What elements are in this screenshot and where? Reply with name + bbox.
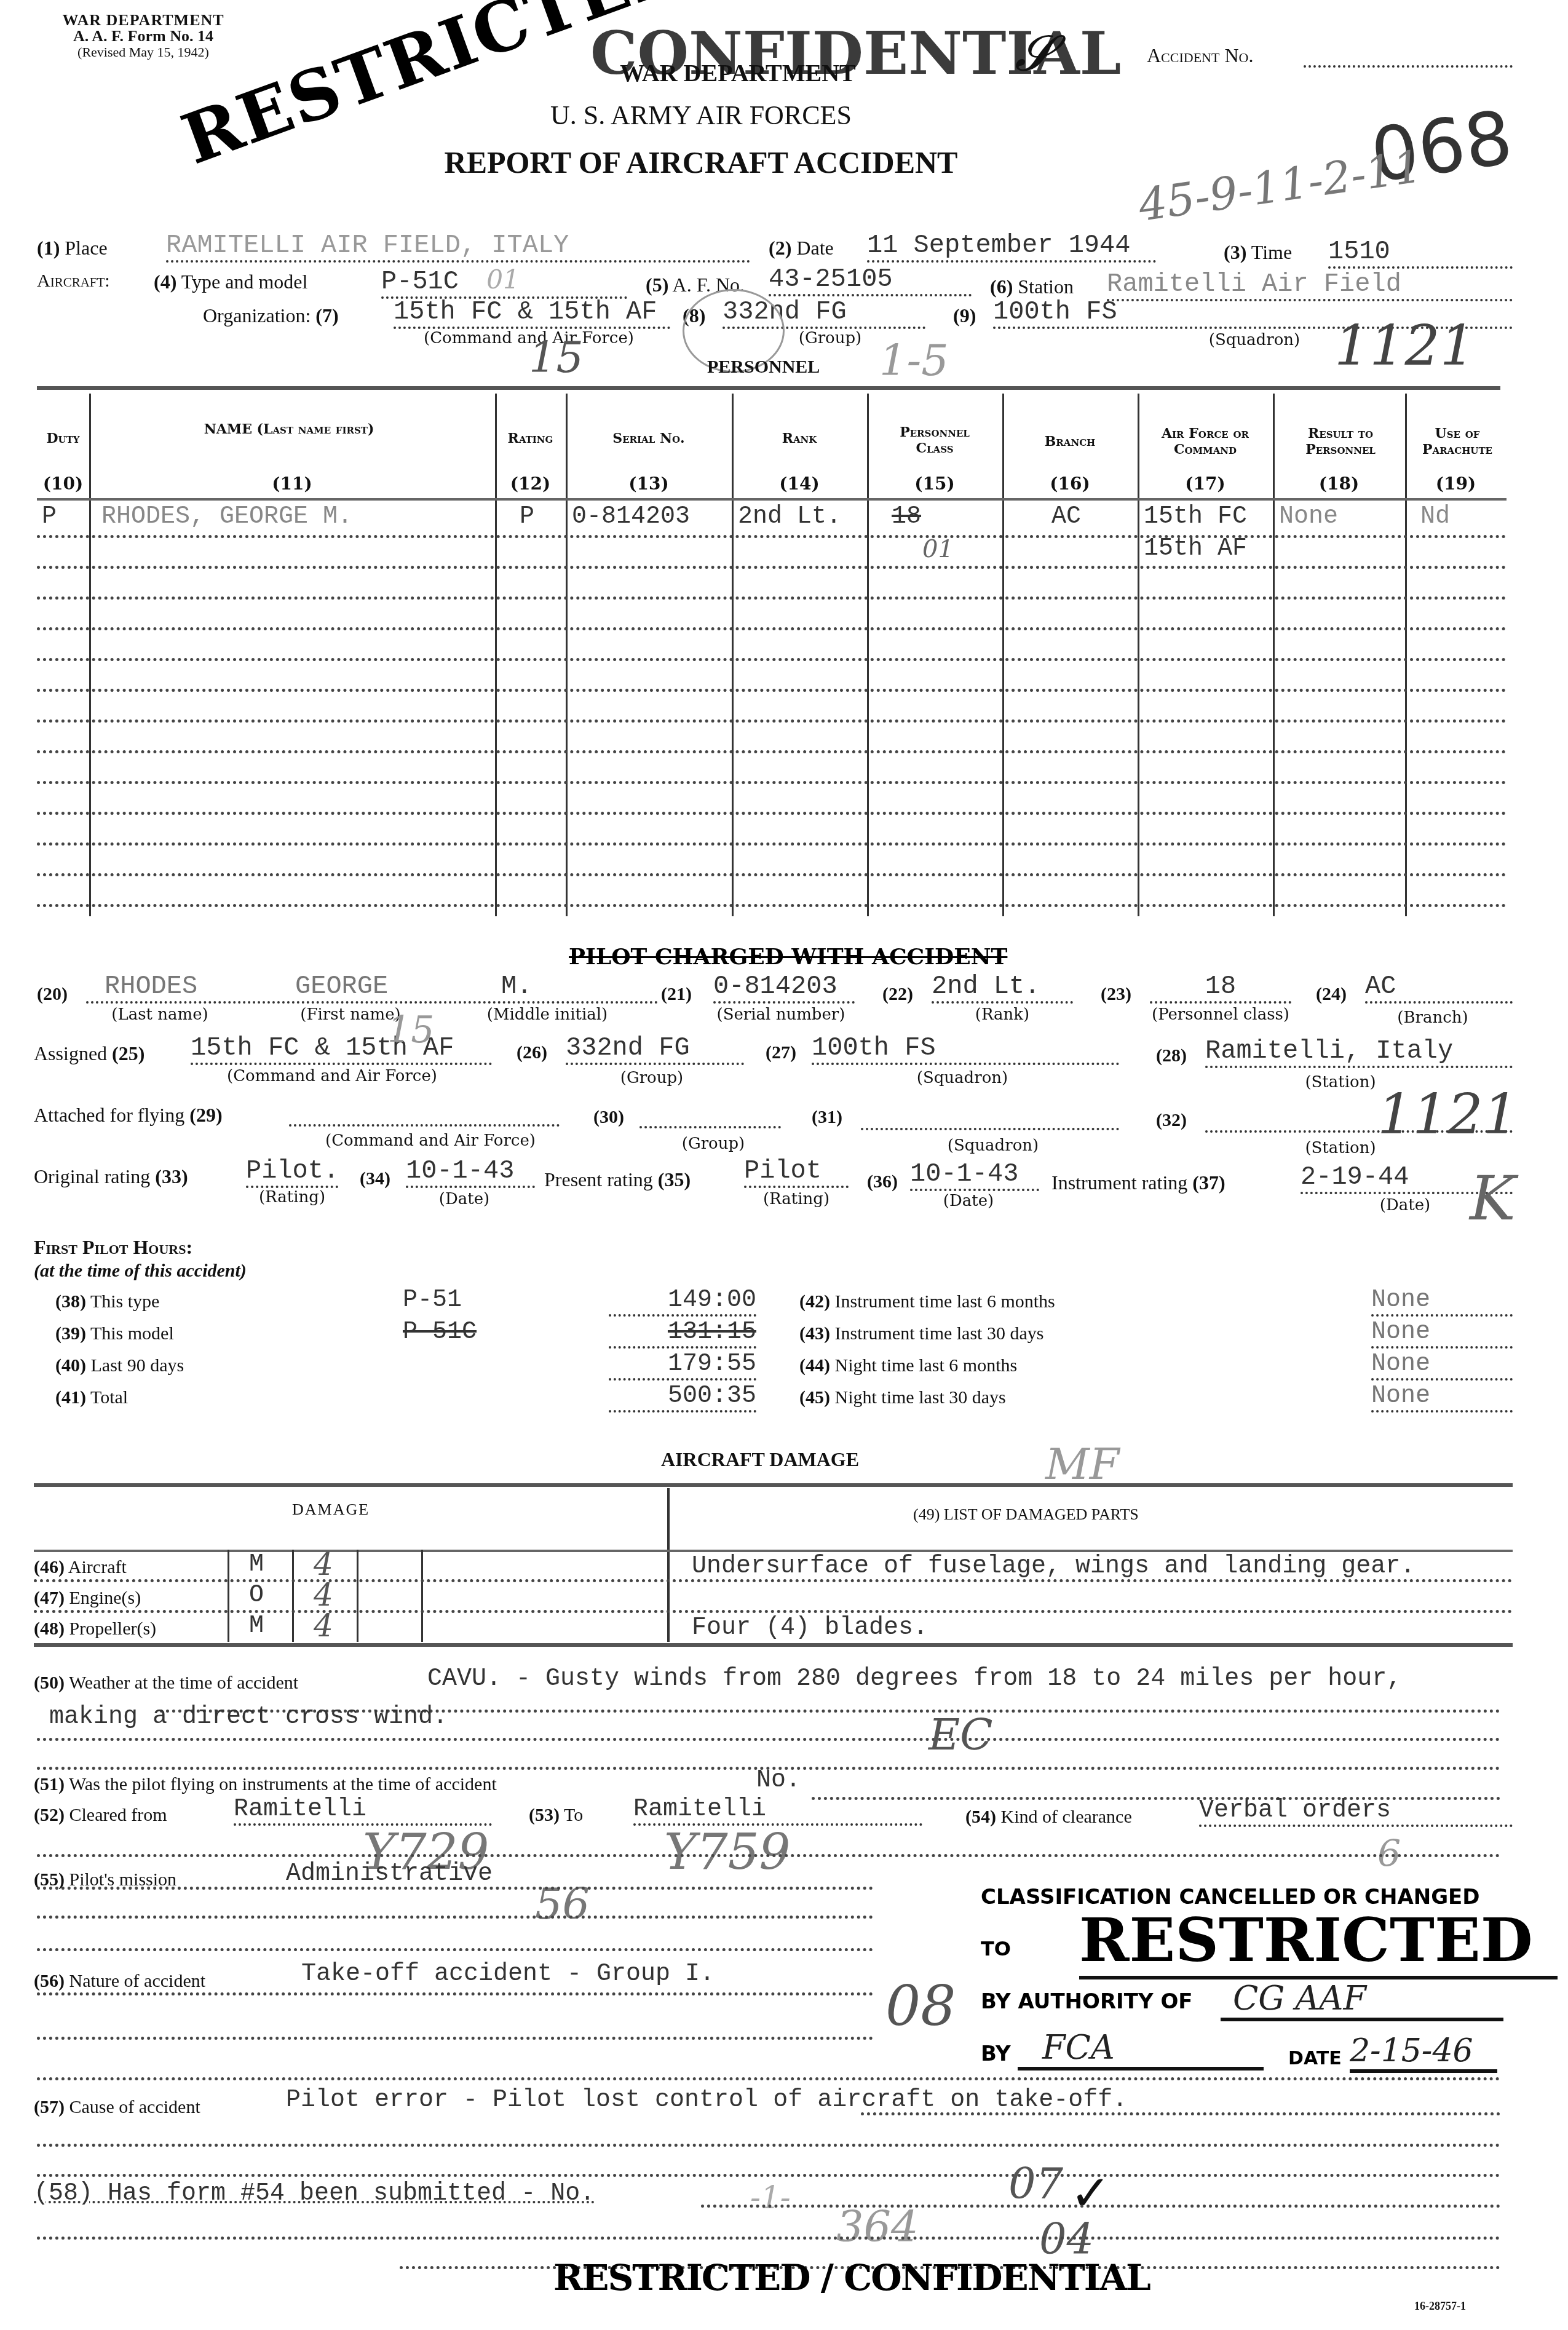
field-num: (34) bbox=[360, 1168, 390, 1189]
attached-command[interactable] bbox=[289, 1120, 560, 1127]
agency-line-2: U. S. ARMY AIR FORCES bbox=[320, 100, 1082, 131]
damage-code: M bbox=[249, 1612, 264, 1640]
divider bbox=[37, 386, 1500, 390]
col-header-command: Air Force or Command bbox=[1150, 426, 1261, 458]
hours-value[interactable]: None bbox=[1371, 1318, 1513, 1349]
weather-value-line2[interactable]: making a direct cross wind. bbox=[49, 1703, 448, 1731]
assigned-group[interactable]: 332nd FG bbox=[566, 1033, 744, 1065]
hand-mark: Y759 bbox=[664, 1823, 791, 1880]
caption: (Station) bbox=[1304, 1139, 1377, 1157]
caption: (Station) bbox=[1304, 1073, 1377, 1092]
place-row: (1) Place bbox=[37, 237, 108, 260]
col-num: (11) bbox=[89, 474, 495, 494]
weather-value-line1[interactable]: CAVU. - Gusty winds from 280 degrees fro… bbox=[427, 1665, 1401, 1693]
damage-row-engine: (47) Engine(s) O 4 bbox=[34, 1580, 1513, 1611]
field-num: (22) bbox=[882, 984, 913, 1005]
field-num: (31) bbox=[812, 1107, 842, 1128]
form54-value[interactable]: (58) Has form #54 been submitted - No. bbox=[34, 2180, 595, 2208]
to-label: (53) To bbox=[529, 1805, 583, 1826]
damage-code: M bbox=[249, 1551, 264, 1579]
assigned-label: Assigned (25) bbox=[34, 1042, 145, 1065]
aircraft-label: Aircraft: bbox=[37, 271, 110, 291]
caption: (Command and Air Force) bbox=[215, 1067, 449, 1085]
field-num: (30) bbox=[593, 1107, 624, 1128]
form-id-block: WAR DEPARTMENT A. A. F. Form No. 14 (Rev… bbox=[36, 12, 251, 60]
classification-authority-label: BY AUTHORITY OF bbox=[981, 1989, 1193, 2014]
cleared-from-row: (52) Cleared from bbox=[34, 1805, 167, 1826]
hours-value[interactable]: None bbox=[1371, 1382, 1513, 1413]
pilot-name-num: (20) bbox=[37, 984, 68, 1005]
col-num: (17) bbox=[1138, 474, 1273, 494]
cell-rating: P bbox=[520, 503, 534, 531]
col-header-duty: Duty bbox=[37, 430, 89, 446]
classification-to-label: TO bbox=[981, 1937, 1011, 1960]
org-squadron-caption: (Squadron) bbox=[1205, 331, 1304, 349]
damage-header: DAMAGE bbox=[292, 1500, 370, 1519]
hand-mark-1121: 1121 bbox=[1334, 314, 1475, 378]
instruments-row: (51) Was the pilot flying on instruments… bbox=[34, 1774, 497, 1795]
af-no-field[interactable]: 43-25105 bbox=[769, 264, 972, 296]
caption: (Serial number) bbox=[713, 1005, 849, 1024]
caption: (Rank) bbox=[972, 1005, 1033, 1024]
hours-value[interactable]: None bbox=[1371, 1350, 1513, 1381]
cell-command: 15th FC bbox=[1144, 503, 1247, 531]
col-header-branch: Branch bbox=[1002, 434, 1138, 450]
cell-command-line2: 15th AF bbox=[1144, 535, 1247, 563]
hours-row: (41) Total 500:35 bbox=[55, 1387, 775, 1419]
agency-block: WAR DEPARTMENT U. S. ARMY AIR FORCES REP… bbox=[467, 58, 1082, 180]
print-code: 16-28757-1 bbox=[1414, 2300, 1466, 2313]
caption: (Branch) bbox=[1396, 1008, 1470, 1027]
instrument-rating-label: Instrument rating (37) bbox=[1051, 1171, 1225, 1194]
pilot-middle-initial[interactable]: M. bbox=[501, 972, 532, 1001]
damaged-parts-value: Four (4) blades. bbox=[692, 1614, 928, 1642]
hand-mark: 364 bbox=[836, 2201, 919, 2252]
hours-title: First Pilot Hours: bbox=[34, 1236, 192, 1259]
cause-value[interactable]: Pilot error - Pilot lost control of airc… bbox=[286, 2086, 1127, 2114]
field-num: (21) bbox=[661, 984, 692, 1005]
hand-mark: K bbox=[1470, 1162, 1516, 1234]
caption: (Squadron) bbox=[910, 1069, 1015, 1087]
org-squadron-num: (9) bbox=[953, 304, 976, 327]
signature-scribble-icon: 𝓢 bbox=[1015, 25, 1053, 82]
date-field[interactable]: 11 September 1944 bbox=[867, 231, 1156, 263]
classification-date-label: DATE bbox=[1288, 2048, 1342, 2069]
caption: (Date) bbox=[430, 1190, 498, 1208]
hand-mark: -1- bbox=[750, 2180, 791, 2216]
organization-label: Organization: (7) bbox=[203, 304, 339, 327]
report-title: REPORT OF AIRCRAFT ACCIDENT bbox=[320, 145, 1082, 180]
present-rating-label: Present rating (35) bbox=[544, 1168, 691, 1191]
hours-row: (45) Night time last 30 days None bbox=[799, 1387, 1513, 1419]
present-date[interactable]: 10-1-43 bbox=[910, 1159, 1039, 1191]
cell-parachute: Nd bbox=[1420, 503, 1450, 531]
hours-value[interactable]: 179:55 bbox=[609, 1350, 756, 1381]
clearance-label: (54) Kind of clearance bbox=[965, 1807, 1132, 1828]
field-num: (28) bbox=[1156, 1045, 1187, 1066]
field-num: (24) bbox=[1316, 984, 1347, 1005]
classification-date-value: 2-15-46 bbox=[1350, 2032, 1497, 2073]
hours-subtitle: (at the time of this accident) bbox=[34, 1261, 247, 1282]
form-department: WAR DEPARTMENT bbox=[36, 12, 251, 28]
caption: (Last name) bbox=[105, 1005, 215, 1024]
damage-title: AIRCRAFT DAMAGE bbox=[661, 1448, 859, 1471]
hand-mark: 07 bbox=[1008, 2158, 1063, 2209]
field-num: (26) bbox=[517, 1042, 547, 1063]
assigned-command[interactable]: 15th FC & 15th AF bbox=[191, 1033, 492, 1065]
hand-mark: MF bbox=[1045, 1439, 1119, 1489]
col-header-serial: Serial No. bbox=[566, 430, 732, 446]
assigned-squadron[interactable]: 100th FS bbox=[812, 1033, 1119, 1065]
field-num: (27) bbox=[766, 1042, 796, 1063]
hours-value[interactable]: 131:15 bbox=[609, 1318, 756, 1349]
hours-value[interactable]: 500:35 bbox=[609, 1382, 756, 1413]
caption: (Personnel class) bbox=[1150, 1005, 1291, 1024]
check-mark-icon: ✓ bbox=[1070, 2165, 1111, 2222]
caption: (Group) bbox=[676, 1135, 750, 1153]
classification-change-stamp: CLASSIFICATION CANCELLED OR CHANGED TO R… bbox=[981, 1882, 1516, 2078]
cell-duty: P bbox=[42, 503, 57, 531]
caption: (Date) bbox=[935, 1192, 1002, 1210]
mission-value[interactable]: Administrative bbox=[286, 1860, 493, 1888]
time-label: (3) Time bbox=[1224, 241, 1292, 264]
caption: (Date) bbox=[1371, 1196, 1439, 1215]
weather-row: (50) Weather at the time of accident CAV… bbox=[34, 1673, 1513, 1694]
hours-model: P-51 bbox=[403, 1286, 462, 1314]
original-rating[interactable]: Pilot. bbox=[246, 1156, 338, 1188]
hand-mark: EC bbox=[929, 1710, 993, 1760]
cell-name: RHODES, GEORGE M. bbox=[101, 503, 352, 531]
col-num: (16) bbox=[1002, 474, 1138, 494]
accident-no-label: Accident No. bbox=[1147, 44, 1253, 67]
caption: (Rating) bbox=[756, 1190, 836, 1208]
col-header-name: NAME (Last name first) bbox=[160, 421, 418, 437]
hours-value[interactable]: None bbox=[1371, 1286, 1513, 1317]
present-rating[interactable]: Pilot bbox=[744, 1156, 849, 1188]
classification-by-label: BY bbox=[981, 2042, 1011, 2066]
original-date[interactable]: 10-1-43 bbox=[406, 1156, 535, 1188]
col-num: (18) bbox=[1273, 474, 1405, 494]
original-rating-label: Original rating (33) bbox=[34, 1165, 188, 1188]
hours-right-list: (42) Instrument time last 6 months None … bbox=[799, 1291, 1513, 1419]
pilot-serial[interactable]: 0-814203 bbox=[713, 972, 855, 1004]
col-header-parachute: Use of Parachute bbox=[1411, 426, 1503, 458]
field-num: (23) bbox=[1101, 984, 1131, 1005]
divider bbox=[34, 1483, 1513, 1487]
cell-branch: AC bbox=[1051, 503, 1081, 531]
attached-group[interactable] bbox=[639, 1122, 781, 1128]
hours-model: P-51C bbox=[403, 1318, 477, 1346]
handwritten-reference: 45-9-11-2-11 bbox=[1135, 140, 1425, 231]
damage-row-propeller: (48) Propeller(s) M 4 Four (4) blades. bbox=[34, 1611, 1513, 1642]
nature-row: (56) Nature of accident bbox=[34, 1971, 205, 1992]
parts-header: (49) LIST OF DAMAGED PARTS bbox=[913, 1505, 1139, 1524]
form-number: A. A. F. Form No. 14 bbox=[36, 28, 251, 44]
pilot-section-title: PILOT CHARGED WITH ACCIDENT bbox=[569, 944, 1007, 970]
time-field[interactable]: 1510 bbox=[1328, 237, 1513, 269]
pilot-class[interactable]: 18 bbox=[1150, 972, 1291, 1004]
personnel-table: Duty NAME (Last name first) Rating Seria… bbox=[37, 394, 1507, 916]
hand-mark: 08 bbox=[885, 1974, 956, 2039]
cause-row: (57) Cause of accident bbox=[34, 2097, 200, 2118]
damage-hand: 4 bbox=[314, 1608, 333, 1644]
attached-squadron[interactable] bbox=[861, 1124, 1119, 1130]
caption: (Squadron) bbox=[941, 1136, 1045, 1155]
col-num: (13) bbox=[566, 474, 732, 494]
org-group-caption: (Group) bbox=[793, 329, 867, 347]
personnel-title: PERSONNEL bbox=[707, 357, 820, 378]
hand-mark-15: 15 bbox=[529, 332, 584, 382]
hand-mark: 1121 bbox=[1377, 1082, 1518, 1147]
hand-annotation: 01 bbox=[486, 264, 519, 295]
hours-value[interactable]: 149:00 bbox=[609, 1286, 756, 1317]
col-num: (15) bbox=[867, 474, 1002, 494]
col-num: (10) bbox=[37, 474, 89, 494]
agency-line-1: WAR DEPARTMENT bbox=[394, 58, 1082, 87]
cell-class-hand: 01 bbox=[922, 535, 954, 563]
cell-rank: 2nd Lt. bbox=[738, 503, 841, 531]
classification-to-value: RESTRICTED bbox=[1079, 1905, 1558, 1979]
damaged-parts-value: Undersurface of fuselage, wings and land… bbox=[692, 1553, 1415, 1580]
instruments-value[interactable]: No. bbox=[756, 1767, 801, 1794]
date-label: (2) Date bbox=[769, 237, 834, 260]
hand-mark-1-5: 1-5 bbox=[879, 335, 949, 386]
accident-no-field[interactable] bbox=[1304, 60, 1513, 68]
pilot-rank[interactable]: 2nd Lt. bbox=[932, 972, 1073, 1004]
hand-mark: 15 bbox=[387, 1008, 434, 1052]
cell-result: None bbox=[1279, 503, 1338, 531]
col-header-rank: Rank bbox=[732, 430, 867, 446]
col-header-rating: Rating bbox=[495, 430, 566, 446]
station-label: (6) Station bbox=[990, 275, 1074, 298]
classification-by-value: FCA bbox=[1018, 2028, 1264, 2070]
hours-left-list: (38) This type P-51 149:00 (39) This mod… bbox=[55, 1291, 775, 1419]
col-header-class: Personnel Class bbox=[879, 424, 990, 456]
nature-value[interactable]: Take-off accident - Group I. bbox=[301, 1960, 715, 1988]
classification-authority-value: CG AAF bbox=[1221, 1979, 1503, 2021]
form-revised: (Revised May 15, 1942) bbox=[36, 44, 251, 60]
cell-class: 18 bbox=[892, 503, 921, 531]
pilot-branch[interactable]: AC bbox=[1365, 972, 1513, 1004]
org-command-field[interactable]: 15th FC & 15th AF bbox=[394, 297, 670, 329]
caption: (Command and Air Force) bbox=[314, 1131, 547, 1150]
col-num: (12) bbox=[495, 474, 566, 494]
assigned-station[interactable]: Ramitelli, Italy bbox=[1205, 1036, 1513, 1068]
col-header-result: Result to Personnel bbox=[1285, 426, 1396, 458]
place-field[interactable]: RAMITELLI AIR FIELD, ITALY bbox=[166, 231, 750, 263]
damage-row-aircraft: (46) Aircraft M 4 Undersurface of fusela… bbox=[34, 1550, 1513, 1580]
field-num: (36) bbox=[867, 1171, 898, 1192]
type-model-label: (4) Type and model bbox=[154, 271, 307, 293]
caption: (Middle initial) bbox=[480, 1005, 615, 1024]
clearance-value[interactable]: Verbal orders bbox=[1199, 1797, 1513, 1827]
col-num: (14) bbox=[732, 474, 867, 494]
damage-table: DAMAGE (49) LIST OF DAMAGED PARTS (46) A… bbox=[34, 1488, 1513, 1648]
pilot-first-name[interactable]: GEORGE bbox=[295, 972, 388, 1001]
to-value[interactable]: Ramitelli bbox=[633, 1796, 922, 1826]
col-num: (19) bbox=[1405, 474, 1507, 494]
cleared-from-value[interactable]: Ramitelli bbox=[234, 1796, 492, 1826]
restricted-confidential-overstamp: RESTRICTED / CONFIDENTIAL bbox=[553, 2257, 1150, 2299]
caption: (Group) bbox=[615, 1069, 689, 1087]
type-model-field[interactable]: P-51C 01 bbox=[381, 264, 627, 299]
cell-serial: 0-814203 bbox=[572, 503, 690, 531]
attached-label: Attached for flying (29) bbox=[34, 1104, 223, 1127]
field-num: (32) bbox=[1156, 1110, 1187, 1131]
caption: (Rating) bbox=[252, 1188, 332, 1207]
damage-code: O bbox=[249, 1582, 264, 1609]
